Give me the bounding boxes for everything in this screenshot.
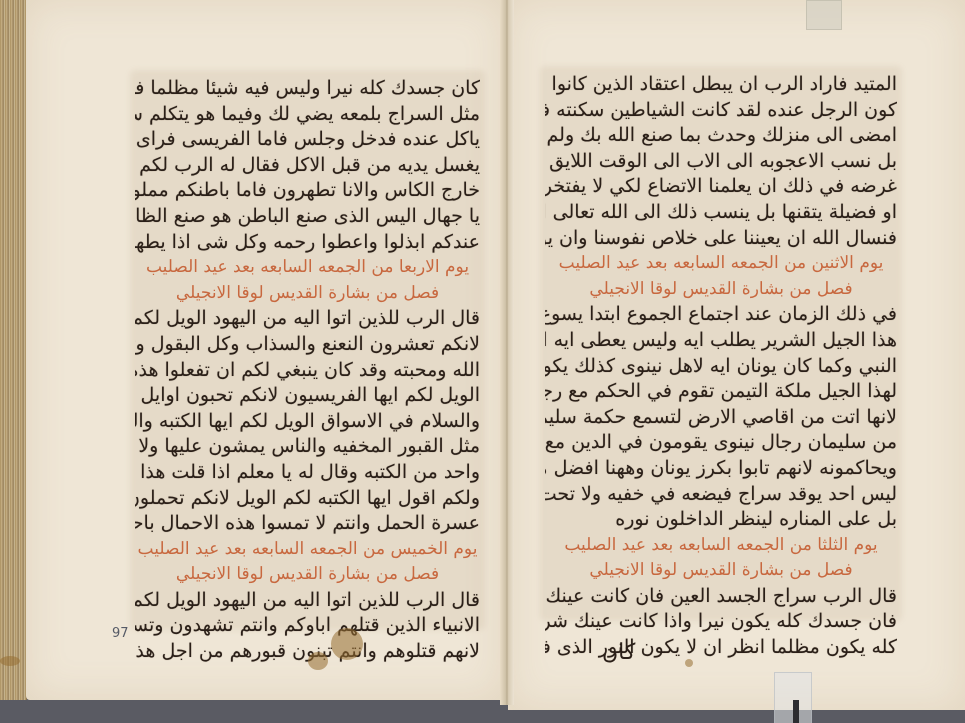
left-text-block: كان جسدك كله نيرا وليس فيه شيئا مظلما فه…	[135, 76, 480, 665]
text-line: لانها اتت من اقاصي الارض لتسمع حكمة سليم…	[545, 405, 897, 431]
text-line: المتيد فاراد الرب ان يبطل اعتقاد الذين ك…	[545, 72, 897, 98]
text-line: عسرة الحمل وانتم لا تمسوا هذه الاحمال با…	[135, 511, 480, 537]
rubric-heading: يوم الثلثا من الجمعه السابعه بعد عيد الص…	[545, 533, 897, 559]
text-line: ياكل عنده فدخل وجلس فاما الفريسى فراى وت…	[135, 127, 480, 153]
text-line: او فضيلة يتقنها بل ينسب ذلك الى الله تعا…	[545, 200, 897, 226]
text-line: كله يكون مظلما انظر ان لا يكون النور الذ…	[545, 635, 897, 661]
stain-mark	[331, 628, 363, 660]
text-line: ويحاكمونه لانهم تابوا بكرز يونان وههنا ا…	[545, 456, 897, 482]
text-line: هذا الجيل الشرير يطلب ايه وليس يعطى ايه …	[545, 328, 897, 354]
text-line: فان جسدك كله يكون نيرا واذا كانت عينك شر…	[545, 609, 897, 635]
text-line: مثل القبور المخفيه والناس يمشون عليها ول…	[135, 434, 480, 460]
rubric-heading: فصل من بشارة القديس لوقا الانجيلي	[545, 277, 897, 303]
text-line: كان جسدك كله نيرا وليس فيه شيئا مظلما فه…	[135, 76, 480, 102]
rubric-heading: يوم الاثنين من الجمعه السابعه بعد عيد ال…	[545, 251, 897, 277]
rubric-heading: يوم الاربعا من الجمعه السابعه بعد عيد ال…	[135, 255, 480, 281]
rubric-heading: فصل من بشارة القديس لوقا الانجيلي	[135, 562, 480, 588]
text-line: قال الرب سراج الجسد العين فان كانت عينك …	[545, 584, 897, 610]
text-line: واحد من الكتبه وقال له يا معلم اذا قلت ه…	[135, 460, 480, 486]
text-line: الويل لكم ايها الفريسيون لانكم تحبون اوا…	[135, 383, 480, 409]
text-line: لانكم تعشرون النعنع والسذاب وكل البقول و…	[135, 332, 480, 358]
text-line: خارج الكاس والانا تطهرون فاما باطنكم ممل…	[135, 178, 480, 204]
stain-mark	[0, 656, 20, 666]
text-line: والسلام في الاسواق الويل لكم ايها الكتبه…	[135, 409, 480, 435]
text-line: امضى الى منزلك وحدث بما صنع الله بك ولم …	[545, 123, 897, 149]
text-line: قال الرب للذين اتوا اليه من اليهود الويل…	[135, 588, 480, 614]
stain-mark	[685, 659, 693, 667]
text-line: ولكم اقول ايها الكتبه لكم الويل لانكم تح…	[135, 486, 480, 512]
text-line: ليس احد يوقد سراج فيضعه في خفيه ولا تحت …	[545, 482, 897, 508]
tab-marker	[806, 0, 842, 30]
text-line: كون الرجل عنده لقد كانت الشياطين سكنته ف…	[545, 98, 897, 124]
page-edges	[0, 0, 27, 700]
text-line: قال الرب للذين اتوا اليه من اليهود الويل…	[135, 306, 480, 332]
text-line: عندكم ابذلوا واعطوا رحمه وكل شى اذا يطهر…	[135, 230, 480, 256]
text-line: يغسل يديه من قبل الاكل فقال له الرب لكم …	[135, 153, 480, 179]
text-line: غرضه في ذلك ان يعلمنا الاتضاع لكي لا يفت…	[545, 174, 897, 200]
rubric-heading: يوم الخميس من الجمعه السابعه بعد عيد الص…	[135, 537, 480, 563]
text-line: الانبياء الذين قتلهم اباوكم وانتم تشهدون…	[135, 613, 480, 639]
folio-number: 97	[112, 626, 129, 641]
text-line: بل نسب الاعجوبه الى الاب الى الوقت اللاي…	[545, 149, 897, 175]
text-line: النبي وكما كان يونان ايه لاهل نينوى كذلك…	[545, 354, 897, 380]
text-line: مثل السراج بلمعه يضي لك وفيما هو يتكلم س…	[135, 102, 480, 128]
text-line: بل على المناره لينظر الداخلون نوره	[545, 507, 897, 533]
right-text-block: المتيد فاراد الرب ان يبطل اعتقاد الذين ك…	[545, 72, 897, 661]
clip-post	[793, 700, 799, 723]
gutter-fold	[500, 0, 514, 705]
rubric-heading: فصل من بشارة القديس لوقا الانجيلي	[135, 281, 480, 307]
text-line: في ذلك الزمان عند اجتماع الجموع ابتدا يس…	[545, 302, 897, 328]
rubric-heading: فصل من بشارة القديس لوقا الانجيلي	[545, 558, 897, 584]
catchword: كان	[602, 640, 635, 665]
text-line: لهذا الجيل ملكة التيمن تقوم في الحكم مع …	[545, 379, 897, 405]
text-line: من سليمان رجال نينوى يقومون في الدين مع …	[545, 430, 897, 456]
text-line: يا جهال اليس الذى صنع الباطن هو صنع الظا…	[135, 204, 480, 230]
manuscript-spread: كان جسدك كله نيرا وليس فيه شيئا مظلما فه…	[0, 0, 965, 723]
text-line: فنسال الله ان يعيننا على خلاص نفوسنا وان…	[545, 226, 897, 252]
text-line: الله ومحبته وقد كان ينبغي لكم ان تفعلوا …	[135, 358, 480, 384]
stain-mark	[308, 652, 328, 670]
